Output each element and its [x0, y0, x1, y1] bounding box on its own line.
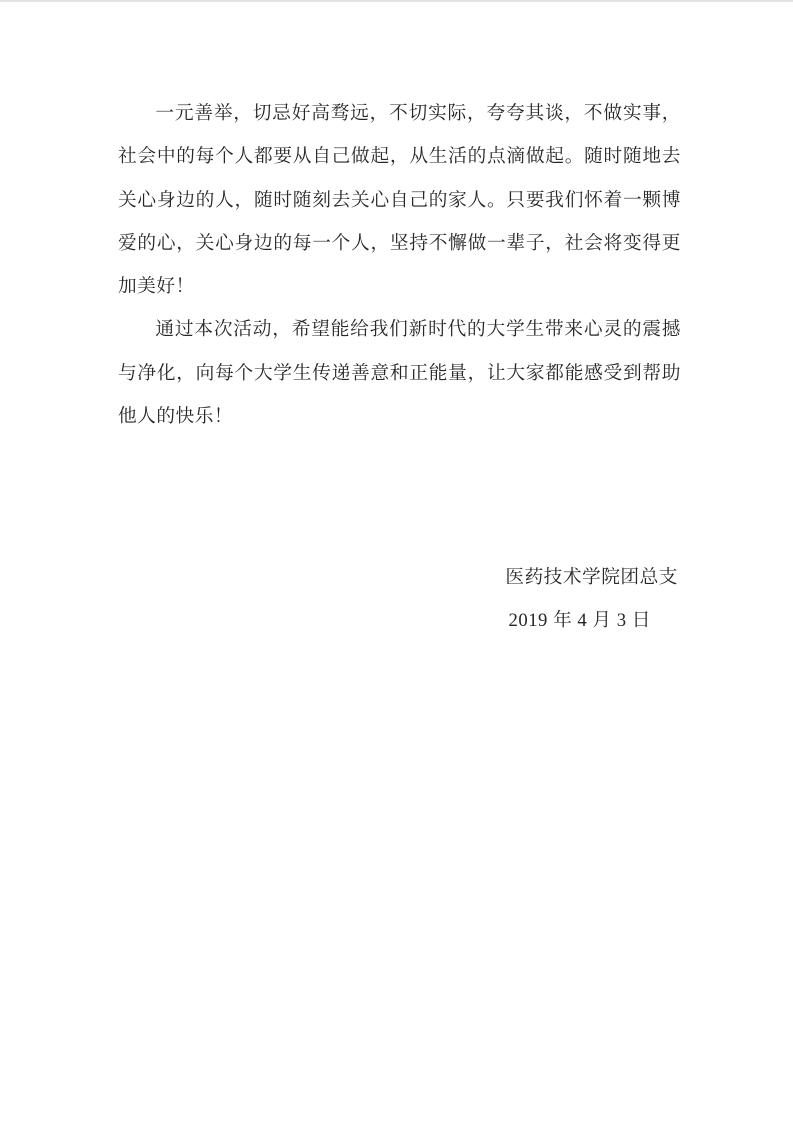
document-page: 一元善举，切忌好高骛远，不切实际，夸夸其谈，不做实事，社会中的每个人都要从自己做…	[0, 0, 793, 1122]
document-body: 一元善举，切忌好高骛远，不切实际，夸夸其谈，不做实事，社会中的每个人都要从自己做…	[118, 2, 681, 641]
body-paragraph-1: 一元善举，切忌好高骛远，不切实际，夸夸其谈，不做实事，社会中的每个人都要从自己做…	[118, 92, 681, 308]
closing-block: 医药技术学院团总支 2019 年 4 月 3 日	[118, 556, 681, 640]
body-paragraph-2: 通过本次活动，希望能给我们新时代的大学生带来心灵的震撼与净化，向每个大学生传递善…	[118, 308, 681, 438]
signature-line: 医药技术学院团总支	[118, 556, 681, 599]
date-line: 2019 年 4 月 3 日	[118, 600, 681, 641]
